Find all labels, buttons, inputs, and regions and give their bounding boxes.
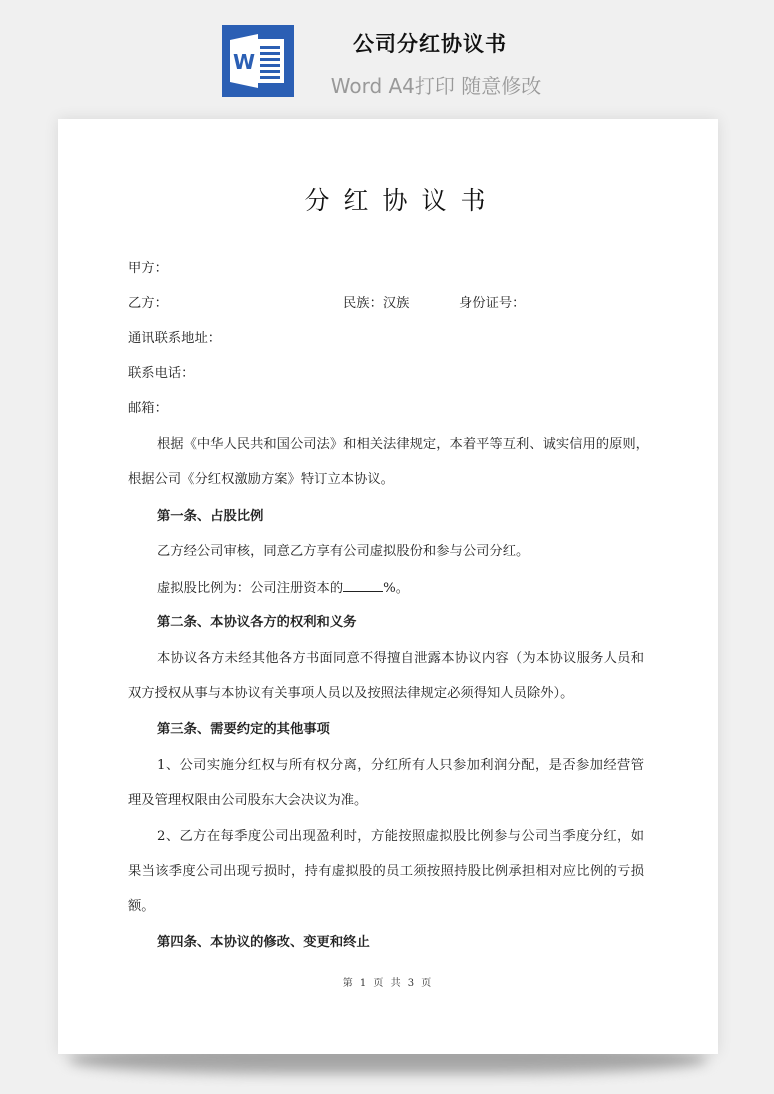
phone-field: 联系电话： (128, 365, 194, 383)
party-b-row: 乙方： 民族：汉族 身份证号： (128, 295, 648, 313)
article-3-item2-line1: 2、乙方在每季度公司出现盈利时，方能按照虚拟股比例参与公司当季度分红，如 (157, 828, 644, 846)
word-document-icon: W (222, 25, 294, 97)
share-ratio-row: 虚拟股比例为：公司注册资本的%。 (157, 578, 409, 598)
share-ratio-blank (343, 578, 383, 592)
address-field: 通讯联系地址： (128, 330, 221, 348)
party-a-field: 甲方： (128, 260, 168, 278)
article-3-heading: 第三条、需要约定的其他事项 (157, 721, 330, 739)
id-number-field: 身份证号： (459, 295, 525, 313)
document-title: 分红协议书 (58, 181, 732, 217)
intro-paragraph-line1: 根据《中华人民共和国公司法》和相关法律规定，本着平等互利、诚实信用的原则， (157, 436, 644, 454)
article-2-paragraph-line1: 本协议各方未经其他各方书面同意不得擅自泄露本协议内容（为本协议服务人员和 (157, 650, 644, 668)
article-1-paragraph: 乙方经公司审核，同意乙方享有公司虚拟股份和参与公司分红。 (157, 543, 529, 561)
email-field: 邮箱： (128, 400, 168, 418)
article-1-heading: 第一条、占股比例 (157, 508, 263, 526)
article-3-item1-line2: 理及管理权限由公司股东大会决议为准。 (128, 792, 367, 810)
banner-subtitle: Word A4打印 随意修改 (316, 70, 556, 99)
share-ratio-label: 虚拟股比例为：公司注册资本的 (157, 581, 343, 596)
banner-header: W 公司分红协议书 Word A4打印 随意修改 (0, 0, 774, 118)
page-number-footer: 第 1 页 共 3 页 (58, 974, 718, 989)
document-page: 分红协议书 甲方： 乙方： 民族：汉族 身份证号： 通讯联系地址： 联系电话： … (58, 119, 718, 1054)
share-ratio-suffix: %。 (383, 581, 409, 596)
intro-paragraph-line2: 根据公司《分红权激励方案》特订立本协议。 (128, 471, 394, 489)
article-2-paragraph-line2: 双方授权从事与本协议有关事项人员以及按照法律规定必须得知人员除外）。 (128, 685, 573, 703)
party-b-field: 乙方： (128, 296, 168, 311)
article-3-item1-line1: 1、公司实施分红权与所有权分离，分红所有人只参加利润分配，是否参加经营管 (157, 757, 644, 775)
article-2-heading: 第二条、本协议各方的权利和义务 (157, 614, 356, 632)
article-3-item2-line2: 果当该季度公司出现亏损时，持有虚拟股的员工须按照持股比例承担相对应比例的亏损 (128, 863, 644, 881)
svg-text:W: W (233, 50, 255, 74)
banner-title: 公司分红协议书 (330, 28, 530, 58)
article-3-item2-line3: 额。 (128, 898, 155, 916)
article-4-heading: 第四条、本协议的修改、变更和终止 (157, 934, 370, 952)
ethnicity-field: 民族：汉族 (343, 295, 409, 313)
